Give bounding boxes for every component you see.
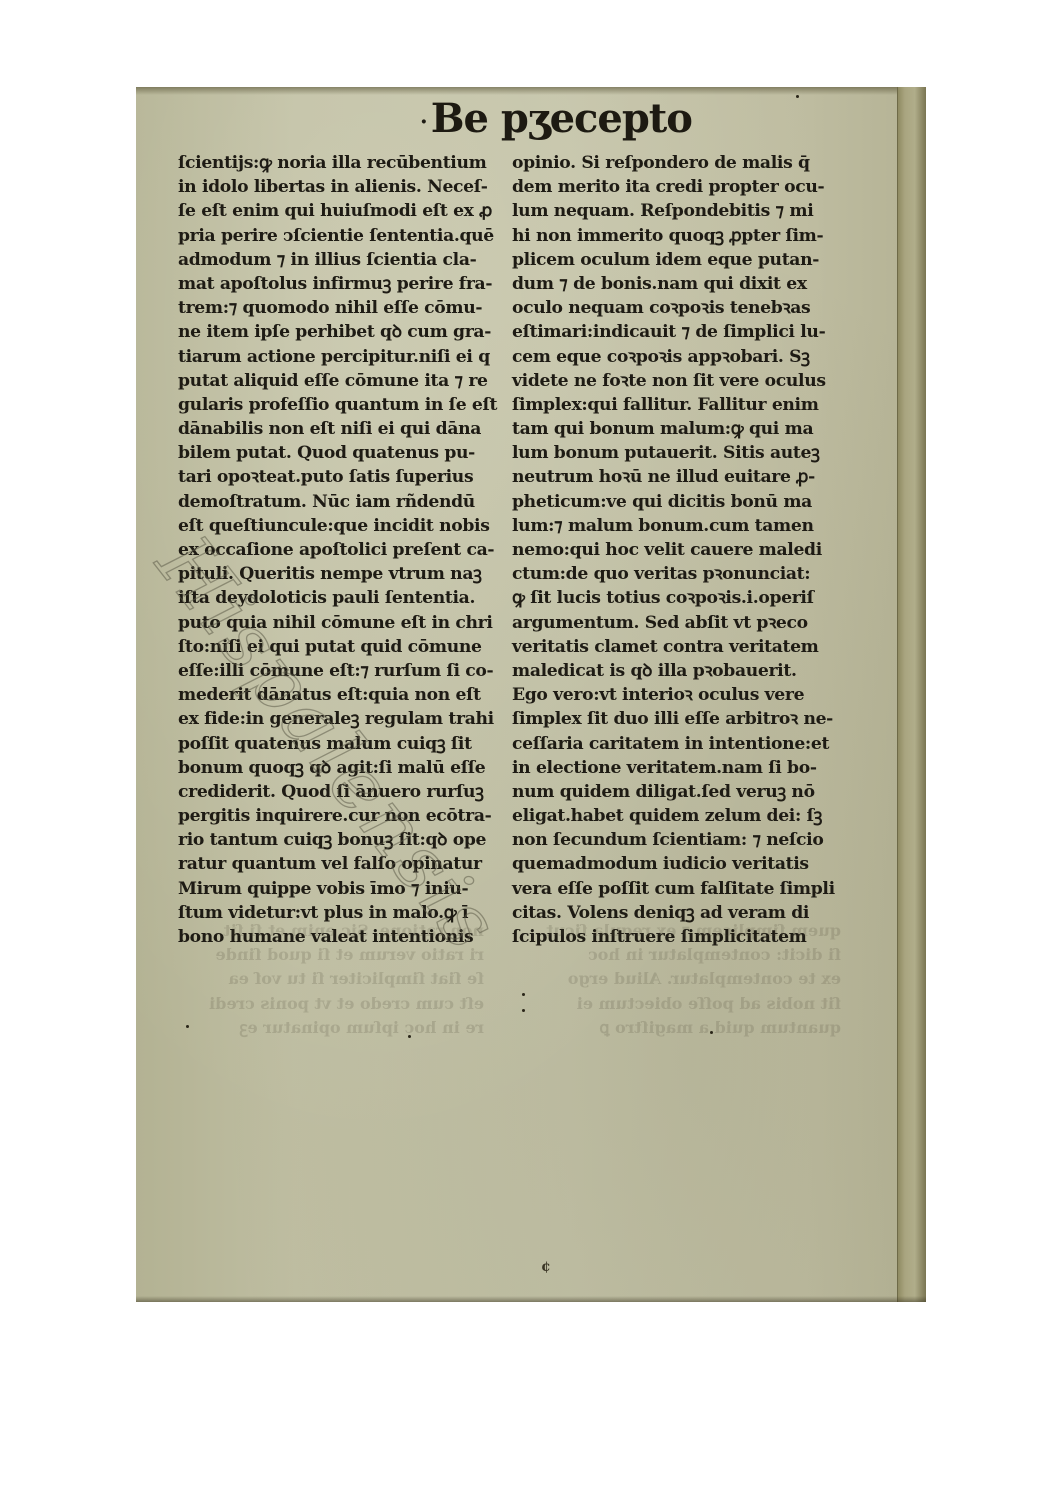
head-ornament-dot: · bbox=[420, 109, 427, 135]
text-line: trem:⁊ quomodo nihil eſſe cōmu- bbox=[178, 296, 498, 320]
text-line: lum bonum putauerit. Sitis auteꝫ bbox=[512, 441, 842, 465]
text-line: pheticum:ve qui dicitis bonū ma bbox=[512, 490, 842, 514]
text-line: videte ne foꝛte non ſit vere oculus bbox=[512, 369, 842, 393]
text-line: nemo:qui hoc velit cauere maledi bbox=[512, 538, 842, 562]
text-line: cem eque coꝛpoꝛis appꝛobari. Sꝫ bbox=[512, 345, 842, 369]
text-line: ſe eſt enim qui huiuſmodi eſt ex ꝓ bbox=[178, 199, 498, 223]
text-line: tiarum actione percipitur.niſi ei q bbox=[178, 345, 498, 369]
ink-speck bbox=[796, 95, 799, 98]
book-binding-edge bbox=[897, 87, 926, 1302]
text-line: mat apoſtolus infirmuꝫ perire fra- bbox=[178, 272, 498, 296]
running-head: ·Be pʒecepto bbox=[386, 95, 726, 142]
text-line: in idolo libertas in alienis. Neceſ- bbox=[178, 175, 498, 199]
text-line: oculo nequam coꝛpoꝛis tenebꝛas bbox=[512, 296, 842, 320]
text-line: lum nequam. Reſpondebitis ⁊ mi bbox=[512, 199, 842, 223]
text-line: ſimplex ſit duo illi eſſe arbitroꝛ ne- bbox=[512, 707, 842, 731]
text-line: gularis profeſſio quantum in ſe eſt bbox=[178, 393, 498, 417]
text-line: veritatis clamet contra veritatem bbox=[512, 635, 842, 659]
text-line: hi non immerito quoqꝫ ꝓpter ſim- bbox=[512, 224, 842, 248]
text-line: maledicat is qꝺ illa pꝛobauerit. bbox=[512, 659, 842, 683]
text-line: non ſecundum ſcientiam: ⁊ neſcio bbox=[512, 828, 842, 852]
text-line: ſimplex:qui fallitur. Fallitur enim bbox=[512, 393, 842, 417]
text-line: opinio. Si reſpondero de malis q̄ bbox=[512, 151, 842, 175]
text-line: tam qui bonum malum:ꝙ qui ma bbox=[512, 417, 842, 441]
text-line: dem merito ita credi propter ocu- bbox=[512, 175, 842, 199]
show-through-line: ſi dicit: contemplatur in hoc bbox=[521, 943, 841, 967]
page-top-shadow bbox=[136, 87, 926, 95]
text-line: argumentum. Sed abſit vt pꝛeco bbox=[512, 611, 842, 635]
text-line: dum ⁊ de bonis.nam qui dixit ex bbox=[512, 272, 842, 296]
ink-speck bbox=[186, 1025, 189, 1028]
text-line: ctum:de quo veritas pꝛonunciat: bbox=[512, 562, 842, 586]
page-signature-mark: ¢ bbox=[541, 1259, 551, 1275]
text-line: admodum ⁊ in illius ſcientia cla- bbox=[178, 248, 498, 272]
text-line: lum:⁊ malum bonum.cum tamen bbox=[512, 514, 842, 538]
show-through-line: ſe ſiat ſimpliciter ſi tu voſ ea bbox=[184, 967, 484, 991]
text-line: in electione veritatem.nam ſi bo- bbox=[512, 756, 842, 780]
text-line: quemadmodum iudicio veritatis bbox=[512, 852, 842, 876]
text-line: putat aliquid eſſe cōmune ita ⁊ re bbox=[178, 369, 498, 393]
text-line: plicem oculum idem eque putan- bbox=[512, 248, 842, 272]
page-bottom-shadow bbox=[136, 1296, 926, 1302]
text-line: ſcientijs:ꝙ noria illa recūbentium bbox=[178, 151, 498, 175]
text-line: Ego vero:vt interioꝛ oculus vere bbox=[512, 683, 842, 707]
show-through-line: quem ſimplicem ⁊ ex regula ſicut bbox=[521, 919, 841, 943]
text-line: bilem putat. Quod quatenus pu- bbox=[178, 441, 498, 465]
running-head-text: Be pʒecepto bbox=[431, 95, 692, 142]
text-line: eligat.habet quidem zelum dei: ſꝫ bbox=[512, 804, 842, 828]
text-line: ne item ipſe perhibet qꝺ cum gra- bbox=[178, 320, 498, 344]
ink-speck bbox=[408, 1035, 411, 1038]
text-line: neutrum hoꝛū ne illud euitare ꝓ- bbox=[512, 465, 842, 489]
text-line: eſtimari:indicauit ⁊ de ſimplici lu- bbox=[512, 320, 842, 344]
text-line: vera eſſe poſſit cum falſitate ſimpli bbox=[512, 877, 842, 901]
text-column-right: opinio. Si reſpondero de malis q̄dem mer… bbox=[512, 151, 842, 949]
text-line: tari opoꝛteat.puto ſatis ſuperius bbox=[178, 465, 498, 489]
text-line: dānabilis non eſt niſi ei qui dāna bbox=[178, 417, 498, 441]
ink-speck bbox=[710, 1031, 713, 1034]
text-line: num quidem diligat.ſed veruꝫ nō bbox=[512, 780, 842, 804]
show-through-line: re in hoc ipſum opinatur eꝫ bbox=[184, 1016, 484, 1040]
text-line: ceſſaria caritatem in intentione:et bbox=[512, 732, 842, 756]
text-line: pria perire ↄſcientie ſententia.quē bbox=[178, 224, 498, 248]
text-line: ꝙ ſit lucis totius coꝛpoꝛis.i.operiſ bbox=[512, 586, 842, 610]
text-line: demoſtratum. Nūc iam rñdendū bbox=[178, 490, 498, 514]
text-line: eſt queſtiuncule:que incidit nobis bbox=[178, 514, 498, 538]
show-through-line: eſt cum credo et vt ponis credi bbox=[184, 992, 484, 1016]
